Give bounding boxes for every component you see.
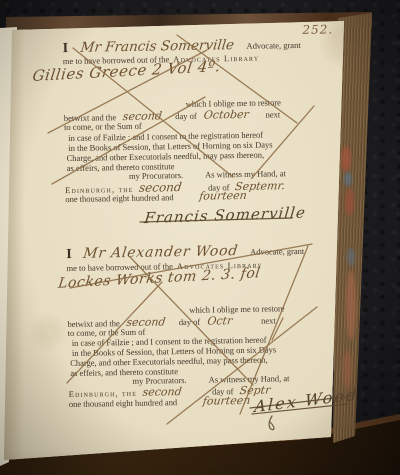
printed-next: next	[266, 109, 281, 119]
sum-line: to come, or the Sum of	[64, 121, 142, 132]
printed-advocate-grant: Advocate, grant	[250, 246, 304, 257]
printed-advocate-grant: Advocate, grant	[246, 40, 300, 51]
year-line: one thousand eight hundred and fourteen	[69, 394, 251, 410]
book-title-handwritten: Gillies Greece 2 Vol 4º.	[31, 57, 221, 85]
printed-to-come: to come, or the Sum of	[64, 121, 142, 132]
borrow-entry-2: I Mr Alexander Wood Advocate, grant me t…	[0, 0, 396, 1]
signed-year-handwritten: fourteen	[199, 189, 248, 203]
page-content: 252. I Mr Francis Somerville Advocate, g…	[0, 0, 400, 475]
return-month-handwritten: Octr	[206, 314, 232, 327]
opening-line: I Mr Alexander Wood Advocate, grant	[66, 242, 304, 263]
page-number: 252.	[302, 22, 333, 37]
borrow-entry-1: I Mr Francis Somerville Advocate, grant …	[0, 0, 396, 1]
borrower-signature: Francis Somerville	[143, 203, 306, 227]
signed-year-handwritten: fourteen	[202, 394, 251, 408]
printed-year-prefix: one thousand eight hundred and	[65, 192, 173, 204]
printed-next: next	[261, 315, 276, 325]
photographed-register-page: 252. I Mr Francis Somerville Advocate, g…	[0, 0, 400, 475]
printed-opening-i: I	[63, 41, 69, 57]
printed-day-of: day of	[175, 111, 197, 121]
borrower-name-handwritten: Mr Alexander Wood	[82, 243, 239, 262]
printed-opening-i: I	[66, 247, 72, 263]
printed-witness: As witness my Hand, at	[209, 373, 290, 384]
printed-day-of: day of	[179, 317, 201, 327]
return-month-handwritten: October	[203, 108, 250, 122]
printed-year-prefix: one thousand eight hundred and	[69, 397, 177, 409]
year-line: one thousand eight hundred and fourteen	[65, 189, 247, 205]
